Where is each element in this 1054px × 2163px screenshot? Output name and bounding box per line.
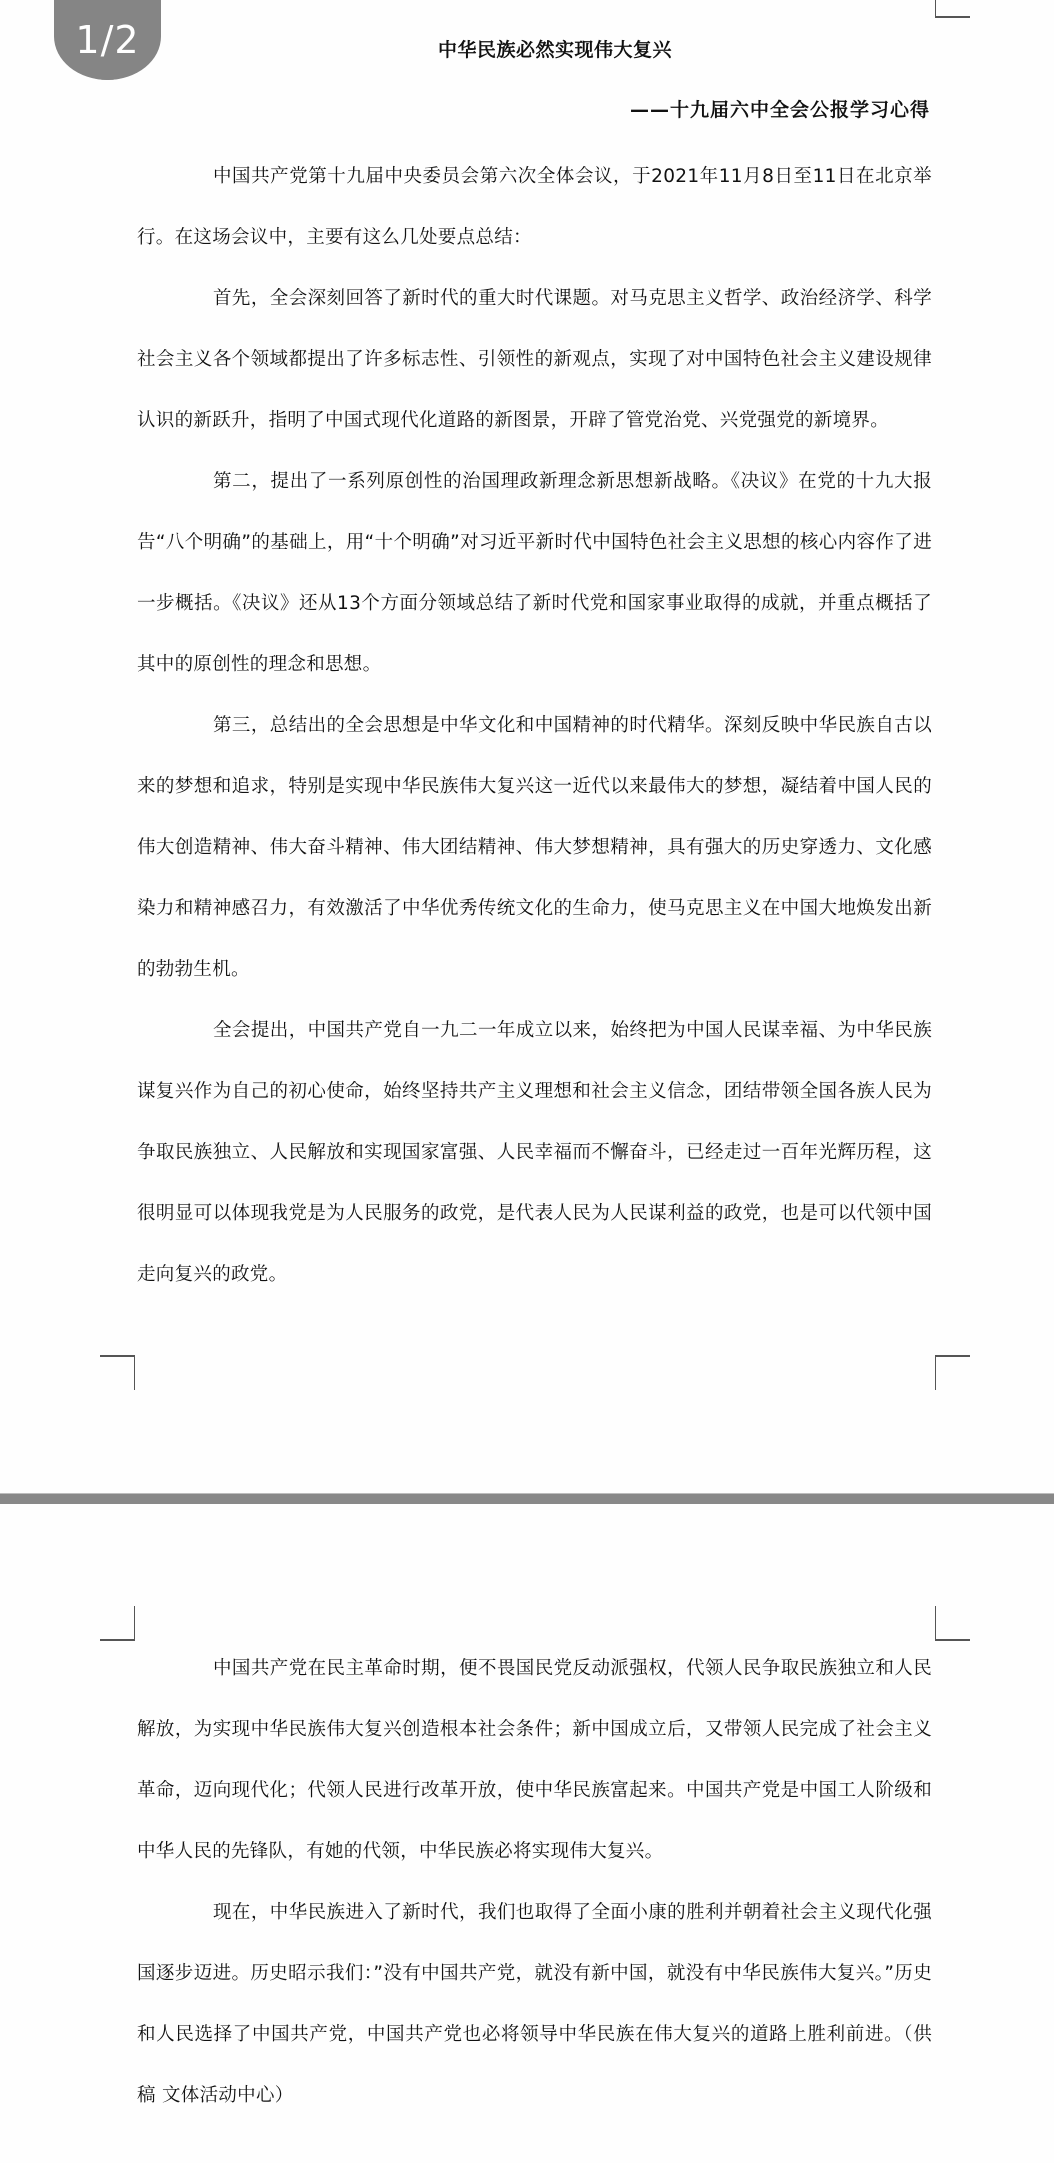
page-separator [0,1493,1054,1504]
paragraph: 全会提出，中国共产党自一九二一年成立以来，始终把为中国人民谋幸福、为中华民族谋复… [137,1000,932,1305]
page-1-body: 中国共产党第十九届中央委员会第六次全体会议，于2021年11月8日至11日在北京… [137,146,932,1305]
crop-mark-bottom-left [100,1355,135,1390]
paragraph: 第二，提出了一系列原创性的治国理政新理念新思想新战略。《决议》在党的十九大报告“… [137,451,932,695]
crop-mark-bottom-right [935,1355,970,1390]
paragraph: 第三，总结出的全会思想是中华文化和中国精神的时代精华。深刻反映中华民族自古以来的… [137,695,932,1000]
document-page-2: 中国共产党在民主革命时期，便不畏国民党反动派强权，代领人民争取民族独立和人民解放… [0,1504,1054,2163]
page-2-body: 中国共产党在民主革命时期，便不畏国民党反动派强权，代领人民争取民族独立和人民解放… [137,1638,932,2126]
paragraph: 中国共产党在民主革命时期，便不畏国民党反动派强权，代领人民争取民族独立和人民解放… [137,1638,932,1882]
crop-mark-top-right [935,0,970,18]
paragraph: 现在，中华民族进入了新时代，我们也取得了全面小康的胜利并朝着社会主义现代化强国逐… [137,1882,932,2126]
paragraph: 首先，全会深刻回答了新时代的重大时代课题。对马克思主义哲学、政治经济学、科学社会… [137,268,932,451]
paragraph: 中国共产党第十九届中央委员会第六次全体会议，于2021年11月8日至11日在北京… [137,146,932,268]
crop-mark-top-left [100,1606,135,1641]
crop-mark-top-right [935,1606,970,1641]
document-subtitle: ——十九届六中全会公报学习心得 [630,95,930,122]
document-page-1: 中华民族必然实现伟大复兴 ——十九届六中全会公报学习心得 中国共产党第十九届中央… [0,0,1054,1493]
